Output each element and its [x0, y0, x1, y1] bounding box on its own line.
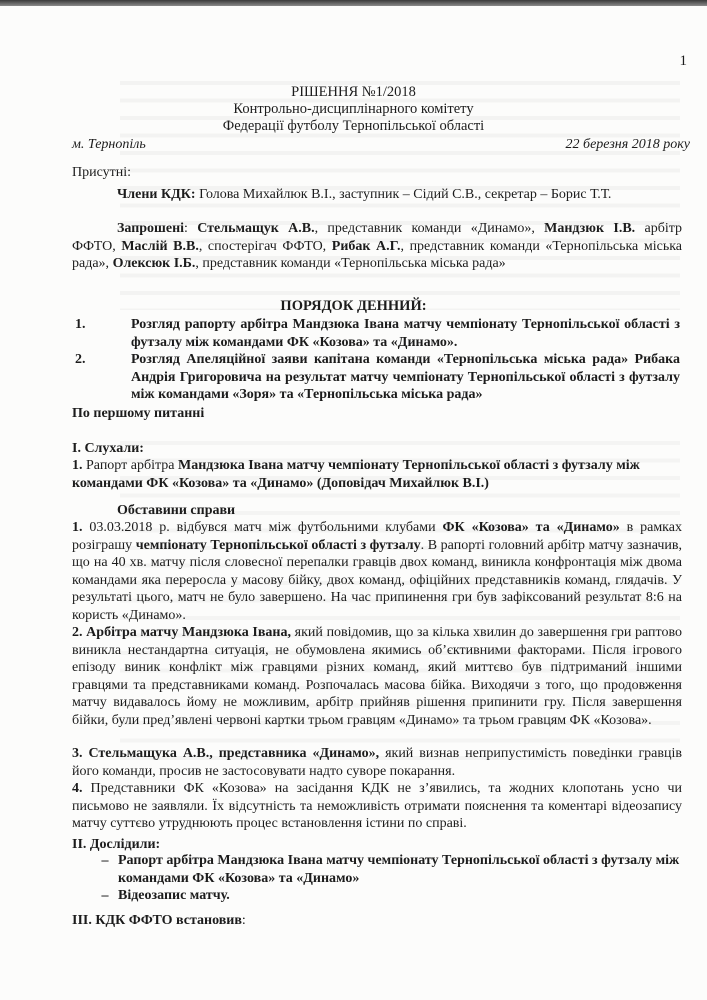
examined-list: –Рапорт арбітра Мандзюка Івана матчу чем… — [92, 852, 684, 905]
page-number: 1 — [680, 53, 688, 70]
members-label: Члени КДК: — [117, 187, 196, 202]
heard-heading: І. Слухали: — [72, 440, 144, 458]
heard-item: 1. Рапорт арбітра Мандзюка Івана матчу ч… — [72, 457, 682, 492]
invited-paragraph: Запрошені: Стельмащук А.В., представник … — [72, 220, 682, 273]
examined-item: –Відеозапис матчу. — [92, 887, 684, 905]
invited-label: Запрошені — [117, 221, 184, 236]
agenda-list: 1. Розгляд рапорту арбітра Мандзюка Іван… — [75, 316, 680, 404]
members-text: Голова Михайлюк В.І., заступник – Сідий … — [196, 187, 612, 202]
examined-item: –Рапорт арбітра Мандзюка Івана матчу чем… — [92, 852, 684, 887]
decision-title: РІШЕННЯ №1/2018 — [0, 84, 707, 101]
first-question-heading: По першому питанні — [72, 405, 204, 423]
agenda-title: ПОРЯДОК ДЕННИЙ: — [0, 298, 707, 315]
agenda-item: 2. Розгляд Апеляційної заяви капітана ко… — [75, 351, 680, 404]
circumstance-3: 3. Стельмащука А.В., представника «Динам… — [72, 745, 682, 780]
federation-name: Федерації футболу Тернопільської області — [0, 118, 707, 135]
committee-name: Контрольно-дисциплінарного комітету — [0, 101, 707, 118]
circumstances-heading: Обставини справи — [117, 502, 235, 520]
circumstance-2: 2. Арбітра матчу Мандзюка Івана, який по… — [72, 624, 682, 729]
circumstance-1: 1. 03.03.2018 р. відбувся матч між футбо… — [72, 519, 682, 624]
agenda-item: 1. Розгляд рапорту арбітра Мандзюка Іван… — [75, 316, 680, 351]
place-date-line: м. Тернопіль 22 березня 2018 року — [72, 137, 690, 153]
established-heading: ІІІ. КДК ФФТО встановив: — [72, 912, 246, 930]
date: 22 березня 2018 року — [566, 137, 690, 153]
document-page: 1 РІШЕННЯ №1/2018 Контрольно-дисциплінар… — [0, 0, 707, 1000]
present-label: Присутні: — [72, 164, 682, 182]
city: м. Тернопіль — [72, 137, 146, 153]
circumstance-4: 4. Представники ФК «Козова» на засідання… — [72, 780, 682, 833]
examined-heading: ІІ. Дослідили: — [72, 836, 160, 854]
kdk-members: Члени КДК: Голова Михайлюк В.І., заступн… — [117, 186, 687, 204]
